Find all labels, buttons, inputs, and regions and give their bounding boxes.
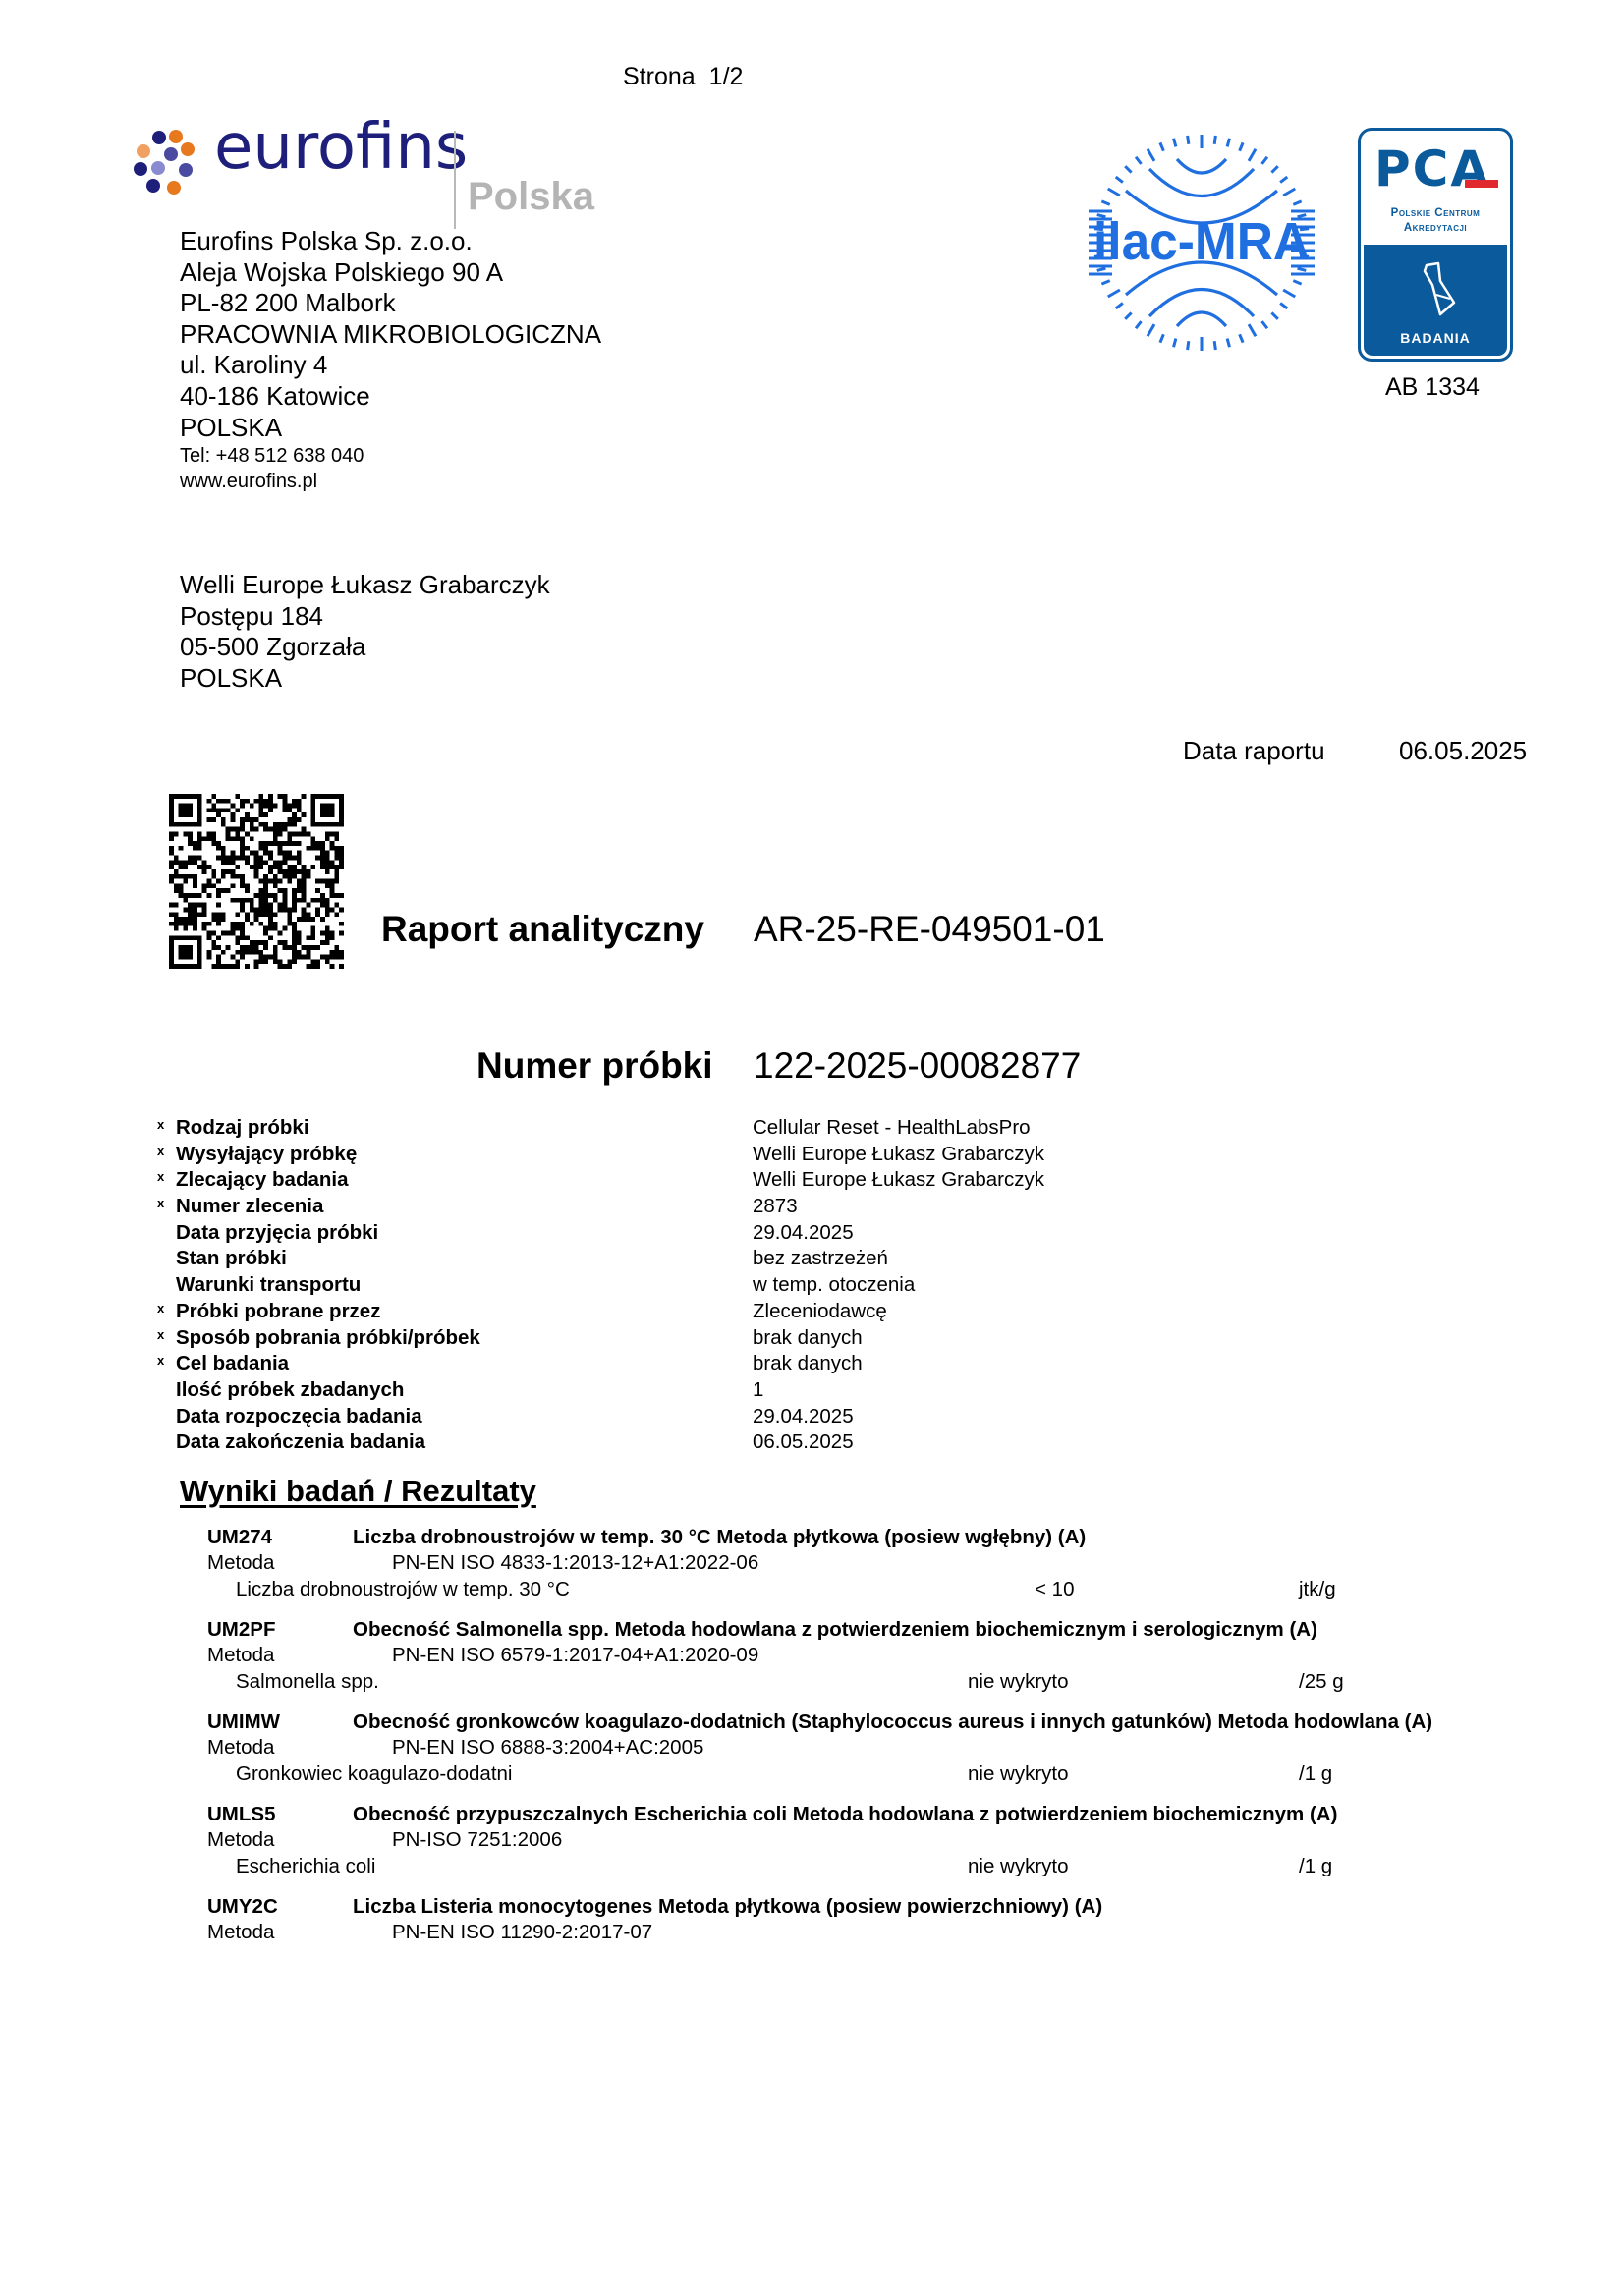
test-parameter: Gronkowiec koagulazo-dodatni <box>236 1763 512 1786</box>
test-unit: jtk/g <box>1299 1578 1336 1601</box>
results-list: UM274Liczba drobnoustrojów w temp. 30 °C… <box>207 1526 1543 1988</box>
sample-number: 122-2025-00082877 <box>754 1045 1081 1087</box>
test-parameter: Escherichia coli <box>236 1855 375 1878</box>
test-parameter: Liczba drobnoustrojów w temp. 30 °C <box>236 1578 570 1601</box>
non-accredited-mark-icon: x <box>157 1117 164 1132</box>
lab-address-line: Eurofins Polska Sp. z.o.o. <box>180 226 601 257</box>
method-label: Metoda <box>207 1644 274 1667</box>
sample-details: xRodzaj próbkiCellular Reset - HealthLab… <box>157 1116 1140 1457</box>
detail-label: Data zakończenia badania <box>176 1430 425 1454</box>
non-accredited-mark-icon: x <box>157 1327 164 1342</box>
lab-address-line: ul. Karoliny 4 <box>180 350 601 381</box>
page-number: Strona1/2 <box>623 63 743 91</box>
lab-address-line: PL-82 200 Malbork <box>180 288 601 319</box>
detail-label: Zlecający badania <box>176 1168 348 1192</box>
accreditation-number: AB 1334 <box>1385 373 1480 402</box>
report-title: Raport analityczny <box>381 909 704 950</box>
method-standard: PN-EN ISO 4833-1:2013-12+A1:2022-06 <box>392 1551 758 1575</box>
detail-value: brak danych <box>753 1326 863 1350</box>
non-accredited-mark-icon: x <box>157 1144 164 1158</box>
flask-icon <box>1413 259 1462 318</box>
test-name: Liczba Listeria monocytogenes Metoda pły… <box>353 1895 1102 1919</box>
ilac-mra-logo-icon: ilac-MRA <box>1089 130 1315 356</box>
test-result: < 10 <box>1035 1578 1074 1601</box>
method-label: Metoda <box>207 1921 274 1944</box>
method-standard: PN-ISO 7251:2006 <box>392 1828 562 1852</box>
detail-row: Ilość próbek zbadanych1 <box>157 1378 1140 1405</box>
test-name: Obecność Salmonella spp. Metoda hodowlan… <box>353 1618 1317 1642</box>
test-block: UMY2CLiczba Listeria monocytogenes Metod… <box>207 1895 1543 1988</box>
method-standard: PN-EN ISO 6888-3:2004+AC:2005 <box>392 1736 703 1760</box>
method-label: Metoda <box>207 1736 274 1760</box>
detail-row: Data zakończenia badania06.05.2025 <box>157 1430 1140 1457</box>
test-code: UMY2C <box>207 1895 278 1919</box>
lab-address-line: POLSKA <box>180 413 601 444</box>
detail-row: xPróbki pobrane przezZleceniodawcę <box>157 1300 1140 1326</box>
test-block: UMIMWObecność gronkowców koagulazo-dodat… <box>207 1710 1543 1803</box>
lab-address: Eurofins Polska Sp. z.o.o. Aleja Wojska … <box>180 226 601 494</box>
page-value: 1/2 <box>709 63 744 90</box>
test-block: UM274Liczba drobnoustrojów w temp. 30 °C… <box>207 1526 1543 1618</box>
detail-value: w temp. otoczenia <box>753 1273 915 1297</box>
method-standard: PN-EN ISO 6579-1:2017-04+A1:2020-09 <box>392 1644 758 1667</box>
detail-label: Warunki transportu <box>176 1273 361 1297</box>
detail-label: Data rozpoczęcia badania <box>176 1405 422 1428</box>
test-block: UMLS5Obecność przypuszczalnych Escherich… <box>207 1803 1543 1895</box>
detail-value: 06.05.2025 <box>753 1430 854 1454</box>
pca-subtitle: Polskie Centrum Akredytacji <box>1361 206 1510 236</box>
detail-value: bez zastrzeżeń <box>753 1247 888 1270</box>
test-result: nie wykryto <box>968 1670 1069 1694</box>
lab-phone: Tel: +48 512 638 040 <box>180 443 601 469</box>
detail-row: Data przyjęcia próbki29.04.2025 <box>157 1221 1140 1248</box>
client-address-line: 05-500 Zgorzała <box>180 632 550 663</box>
eurofins-dots-icon <box>132 127 200 196</box>
non-accredited-mark-icon: x <box>157 1169 164 1184</box>
lab-website[interactable]: www.eurofins.pl <box>180 469 601 494</box>
detail-row: xCel badaniabrak danych <box>157 1352 1140 1378</box>
test-name: Obecność gronkowców koagulazo-dodatnich … <box>353 1710 1432 1734</box>
page-label: Strona <box>623 63 696 90</box>
detail-value: Zleceniodawcę <box>753 1300 887 1323</box>
detail-value: 1 <box>753 1378 763 1402</box>
client-address-line: Postępu 184 <box>180 601 550 633</box>
pca-red-accent <box>1465 180 1498 188</box>
detail-row: Warunki transportuw temp. otoczenia <box>157 1273 1140 1300</box>
detail-label: Cel badania <box>176 1352 289 1375</box>
detail-row: xSposób pobrania próbki/próbekbrak danyc… <box>157 1326 1140 1353</box>
sample-title: Numer próbki <box>476 1045 713 1087</box>
pca-title: PCA <box>1374 140 1490 197</box>
detail-row: xNumer zlecenia2873 <box>157 1195 1140 1221</box>
method-label: Metoda <box>207 1551 274 1575</box>
detail-value: 2873 <box>753 1195 798 1218</box>
qr-code-icon <box>163 794 350 969</box>
lab-address-line: Aleja Wojska Polskiego 90 A <box>180 257 601 289</box>
detail-value: Cellular Reset - HealthLabsPro <box>753 1116 1031 1140</box>
test-result: nie wykryto <box>968 1763 1069 1786</box>
report-number: AR-25-RE-049501-01 <box>754 909 1105 950</box>
test-unit: /25 g <box>1299 1670 1344 1694</box>
detail-value: 29.04.2025 <box>753 1221 854 1245</box>
detail-row: xWysyłający próbkęWelli Europe Łukasz Gr… <box>157 1143 1140 1169</box>
detail-label: Wysyłający próbkę <box>176 1143 357 1166</box>
report-date-value: 06.05.2025 <box>1399 736 1527 766</box>
report-date-label: Data raportu <box>1183 736 1325 766</box>
detail-value: brak danych <box>753 1352 863 1375</box>
non-accredited-mark-icon: x <box>157 1353 164 1368</box>
test-name: Liczba drobnoustrojów w temp. 30 °C Meto… <box>353 1526 1086 1549</box>
detail-label: Sposób pobrania próbki/próbek <box>176 1326 480 1350</box>
client-address-line: POLSKA <box>180 663 550 695</box>
results-heading: Wyniki badań / Rezultaty <box>180 1474 536 1509</box>
client-address-line: Welli Europe Łukasz Grabarczyk <box>180 570 550 601</box>
test-code: UMLS5 <box>207 1803 275 1826</box>
test-name: Obecność przypuszczalnych Escherichia co… <box>353 1803 1337 1826</box>
client-address: Welli Europe Łukasz Grabarczyk Postępu 1… <box>180 570 550 694</box>
test-code: UMIMW <box>207 1710 280 1734</box>
detail-value: Welli Europe Łukasz Grabarczyk <box>753 1168 1044 1192</box>
test-unit: /1 g <box>1299 1763 1332 1786</box>
detail-row: Data rozpoczęcia badania29.04.2025 <box>157 1405 1140 1431</box>
detail-label: Próbki pobrane przez <box>176 1300 380 1323</box>
detail-row: xRodzaj próbkiCellular Reset - HealthLab… <box>157 1116 1140 1143</box>
pca-band: BADANIA <box>1364 245 1507 356</box>
test-unit: /1 g <box>1299 1855 1332 1878</box>
method-standard: PN-EN ISO 11290-2:2017-07 <box>392 1921 652 1944</box>
lab-address-line: 40-186 Katowice <box>180 381 601 413</box>
detail-value: Welli Europe Łukasz Grabarczyk <box>753 1143 1044 1166</box>
pca-accreditation-badge: PCA Polskie Centrum Akredytacji BADANIA <box>1358 128 1513 362</box>
detail-label: Ilość próbek zbadanych <box>176 1378 404 1402</box>
detail-label: Stan próbki <box>176 1247 287 1270</box>
logo-divider <box>454 131 456 229</box>
method-label: Metoda <box>207 1828 274 1852</box>
detail-label: Rodzaj próbki <box>176 1116 309 1140</box>
detail-label: Data przyjęcia próbki <box>176 1221 378 1245</box>
svg-text:ilac-MRA: ilac-MRA <box>1093 212 1310 271</box>
non-accredited-mark-icon: x <box>157 1301 164 1316</box>
test-code: UM274 <box>207 1526 272 1549</box>
test-code: UM2PF <box>207 1618 275 1642</box>
detail-label: Numer zlecenia <box>176 1195 323 1218</box>
lab-address-line: PRACOWNIA MIKROBIOLOGICZNA <box>180 319 601 351</box>
test-result: nie wykryto <box>968 1855 1069 1878</box>
eurofins-logo: eurofins Polska <box>132 123 603 221</box>
pca-badania-label: BADANIA <box>1364 330 1507 346</box>
detail-value: 29.04.2025 <box>753 1405 854 1428</box>
detail-row: Stan próbkibez zastrzeżeń <box>157 1247 1140 1273</box>
test-block: UM2PFObecność Salmonella spp. Metoda hod… <box>207 1618 1543 1710</box>
detail-row: xZlecający badaniaWelli Europe Łukasz Gr… <box>157 1168 1140 1195</box>
non-accredited-mark-icon: x <box>157 1196 164 1210</box>
test-parameter: Salmonella spp. <box>236 1670 379 1694</box>
logo-country: Polska <box>468 175 594 219</box>
eurofins-wordmark: eurofins <box>214 111 468 184</box>
